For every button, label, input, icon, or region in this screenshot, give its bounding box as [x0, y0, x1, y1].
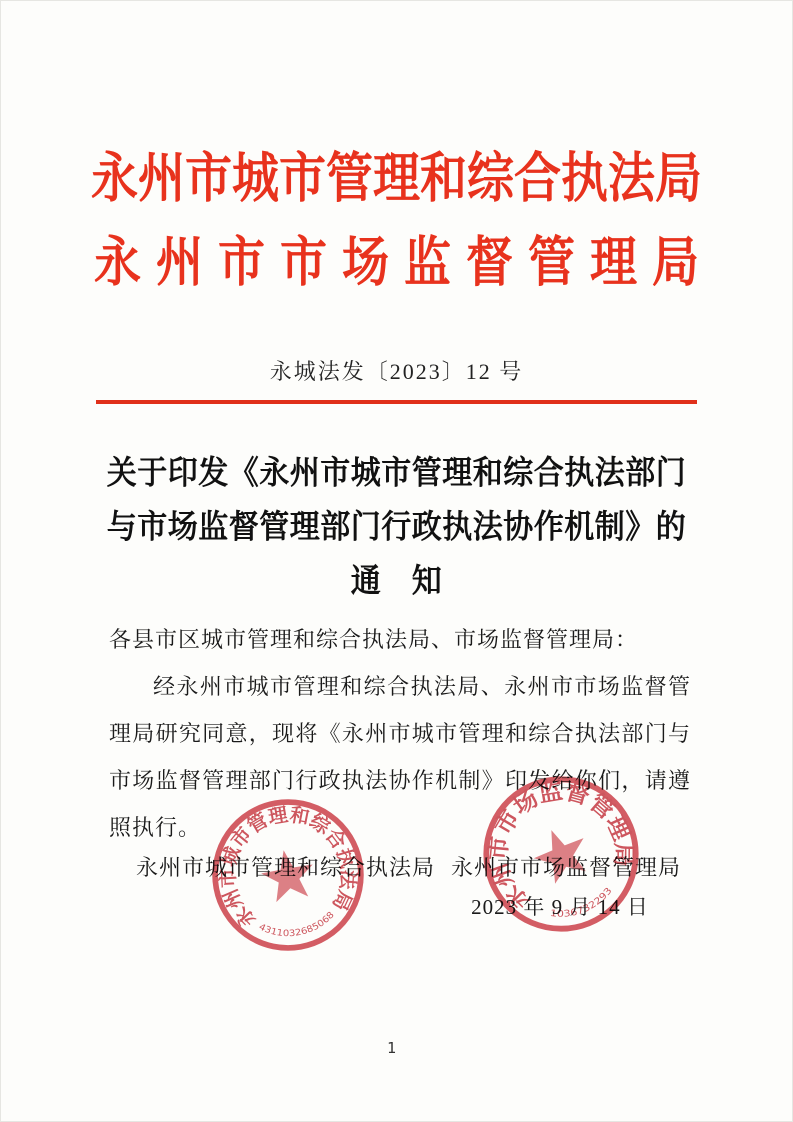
seal-left-code: 4311032685068: [255, 909, 339, 945]
document-title: 关于印发《永州市城市管理和综合执法部门 与市场监督管理部门行政执法协作机制》的 …: [57, 447, 736, 609]
page-number: 1: [1, 1039, 782, 1057]
body-paragraph: 经永州市城市管理和综合执法局、永州市市场监督管理局研究同意，现将《永州市城市管理…: [109, 663, 691, 851]
red-divider-rule: [96, 400, 697, 404]
signature-right-org: 永州市市场监督管理局: [451, 851, 681, 882]
letterhead-org-line2: 永州市市场监督管理局: [1, 232, 792, 296]
svg-text:4311032685068: 4311032685068: [255, 909, 339, 945]
letterhead-org-line1: 永州市城市管理和综合执法局: [1, 148, 792, 212]
signature-left-org: 永州市城市管理和综合执法局: [136, 851, 435, 882]
signature-date: 2023 年 9 月 14 日: [451, 891, 669, 921]
title-line2: 与市场监督管理部门行政执法协作机制》的: [57, 501, 736, 555]
document-page: 永州市城市管理和综合执法局 永州市市场监督管理局 永城法发〔2023〕12 号 …: [0, 0, 793, 1122]
title-line3: 通 知: [57, 555, 736, 609]
salutation-line: 各县市区城市管理和综合执法局、市场监督管理局：: [109, 616, 691, 663]
document-number: 永城法发〔2023〕12 号: [1, 355, 792, 386]
document-body: 各县市区城市管理和综合执法局、市场监督管理局： 经永州市城市管理和综合执法局、永…: [109, 616, 691, 851]
title-line1: 关于印发《永州市城市管理和综合执法部门: [57, 447, 736, 501]
